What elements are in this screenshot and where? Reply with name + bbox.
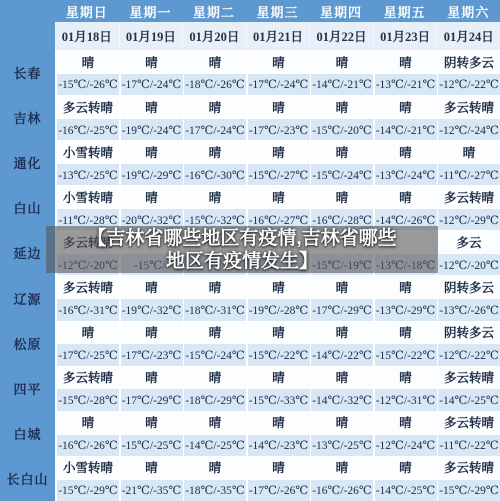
temperature-cell: -17℃/-24℃	[184, 119, 246, 140]
temperature-cell: -13℃/-29℃	[375, 299, 437, 320]
condition-cell: 多云转晴	[438, 412, 500, 433]
condition-cell: 晴	[248, 141, 310, 162]
condition-cell: 多云转晴	[438, 96, 500, 117]
condition-cell: 阴转多云	[438, 276, 500, 297]
temperature-cell: -17℃/-23℃	[248, 119, 310, 140]
date-header-row: 01月18日 01月19日 01月20日 01月21日 01月22日 01月23…	[0, 22, 500, 50]
city-forecast-cells: 多云转晴晴晴晴晴晴阴转多云-16℃/-31℃-19℃/-32℃-18℃/-31℃…	[55, 275, 500, 320]
temperature-cell: -14℃/-22℃	[311, 344, 373, 365]
temperature-cell: -12℃/-31℃	[375, 389, 437, 410]
condition-cell: 晴	[248, 51, 310, 72]
condition-cell: 晴	[248, 367, 310, 388]
temperature-cell: -15℃/-29℃	[57, 480, 119, 501]
city-row: 长白山小雪转晴晴晴晴晴晴多云转晴-15℃/-29℃-21℃/-35℃-18℃/-…	[0, 456, 500, 501]
condition-cell: 多云转晴	[57, 276, 119, 297]
condition-cell: 小雪转晴	[57, 457, 119, 478]
condition-cell: 晴	[121, 186, 183, 207]
condition-cell: 晴	[57, 412, 119, 433]
condition-cell: 晴	[311, 322, 373, 343]
condition-cell: 晴	[121, 141, 183, 162]
condition-cell: 晴	[375, 322, 437, 343]
date-label: 01月22日	[309, 22, 373, 50]
temperature-cell: -15℃/-22℃	[248, 344, 310, 365]
city-label: 吉林	[0, 95, 55, 140]
headline-line2: 地区有疫情发生】	[166, 250, 318, 273]
condition-cell: 阴转多云	[438, 51, 500, 72]
temperature-cell: -14℃/-32℃	[311, 389, 373, 410]
city-forecast-cells: 晴晴晴晴晴晴多云转晴-16℃/-26℃-15℃/-25℃-14℃/-25℃-14…	[55, 411, 500, 456]
temperature-cell: -16℃/-31℃	[57, 299, 119, 320]
condition-cell: 多云转晴	[438, 186, 500, 207]
condition-cell: 晴	[248, 457, 310, 478]
condition-cell: 晴	[121, 367, 183, 388]
temperature-cell: -14℃/-21℃	[375, 119, 437, 140]
city-label: 通化	[0, 140, 55, 185]
condition-cell: 晴	[375, 276, 437, 297]
temperature-cell: -16℃/-26℃	[57, 435, 119, 456]
weekday-label: 星期一	[119, 2, 183, 21]
temperature-cell: -17℃/-23℃	[121, 344, 183, 365]
temperature-cell: -12℃/-24℃	[375, 435, 437, 456]
temperature-cell: -17℃/-26℃	[248, 480, 310, 501]
temperature-cell: -12℃/-20℃	[438, 254, 500, 275]
temperature-cell: -15℃/-29℃	[438, 480, 500, 501]
forecast-table: 长春晴晴晴晴晴晴阴转多云-15℃/-26℃-17℃/-24℃-18℃/-26℃-…	[0, 50, 500, 501]
date-label: 01月19日	[119, 22, 183, 50]
temperature-cell: -15℃/-33℃	[248, 389, 310, 410]
city-forecast-cells: 小雪转晴晴晴晴晴晴多云转晴-15℃/-29℃-21℃/-35℃-18℃/-35℃…	[55, 456, 500, 501]
condition-cell: 晴	[311, 96, 373, 117]
temperature-cell: -15℃/-28℃	[57, 389, 119, 410]
temperature-cell: -15℃/-27℃	[248, 164, 310, 185]
city-forecast-cells: 多云转晴晴晴晴晴晴多云转晴-16℃/-25℃-19℃/-24℃-17℃/-24℃…	[55, 95, 500, 140]
weekday-header-row: 星期日 星期一 星期二 星期三 星期四 星期五 星期六	[0, 0, 500, 22]
condition-cell: 晴	[121, 51, 183, 72]
condition-cell: 晴	[184, 96, 246, 117]
temperature-cell: -21℃/-35℃	[121, 480, 183, 501]
city-label: 长白山	[0, 456, 55, 501]
temperature-cell: -18℃/-29℃	[184, 389, 246, 410]
temperature-cell: -13℃/-24℃	[375, 164, 437, 185]
condition-cell: 晴	[184, 457, 246, 478]
condition-cell: 晴	[184, 322, 246, 343]
weather-forecast-screen: 星期日 星期一 星期二 星期三 星期四 星期五 星期六 01月18日 01月19…	[0, 0, 500, 501]
condition-cell: 小雪转晴	[57, 141, 119, 162]
city-label: 四平	[0, 366, 55, 411]
condition-cell: 晴	[184, 276, 246, 297]
temperature-cell: -15℃/-25℃	[121, 435, 183, 456]
temperature-cell: -18℃/-35℃	[184, 480, 246, 501]
condition-cell: 晴	[121, 457, 183, 478]
temperature-cell: -12℃/-22℃	[438, 344, 500, 365]
temperature-cell: -19℃/-28℃	[248, 299, 310, 320]
city-forecast-cells: 小雪转晴晴晴晴晴晴晴-13℃/-25℃-19℃/-29℃-16℃/-30℃-15…	[55, 140, 500, 185]
city-label: 白山	[0, 185, 55, 230]
temperature-cell: -14℃/-25℃	[375, 480, 437, 501]
date-label: 01月24日	[436, 22, 500, 50]
condition-cell: 晴	[184, 186, 246, 207]
condition-cell: 晴	[311, 141, 373, 162]
temperature-cell: -19℃/-29℃	[121, 164, 183, 185]
temperature-cell: -19℃/-24℃	[121, 119, 183, 140]
temperature-cell: -17℃/-29℃	[311, 299, 373, 320]
date-label: 01月18日	[55, 22, 119, 50]
temperature-cell: -17℃/-25℃	[57, 344, 119, 365]
condition-cell: 晴	[375, 457, 437, 478]
condition-cell: 多云	[438, 231, 500, 252]
weekday-label: 星期四	[309, 2, 373, 21]
temperature-cell: -15℃/-20℃	[311, 119, 373, 140]
temperature-cell: -14℃/-23℃	[248, 435, 310, 456]
condition-cell: 多云转晴	[438, 457, 500, 478]
temperature-cell: -14℃/-25℃	[438, 389, 500, 410]
city-row: 松原晴晴晴晴晴晴阴转多云-17℃/-25℃-17℃/-23℃-15℃/-24℃-…	[0, 321, 500, 366]
city-label: 松原	[0, 321, 55, 366]
city-forecast-cells: 晴晴晴晴晴晴阴转多云-17℃/-25℃-17℃/-23℃-15℃/-24℃-15…	[55, 321, 500, 366]
city-row: 四平多云转晴晴晴晴晴晴多云转晴-15℃/-28℃-17℃/-29℃-18℃/-2…	[0, 366, 500, 411]
date-label: 01月23日	[373, 22, 437, 50]
temperature-cell: -15℃/-24℃	[311, 164, 373, 185]
condition-cell: 晴	[375, 367, 437, 388]
corner-spacer	[0, 22, 55, 50]
temperature-cell: -14℃/-25℃	[184, 435, 246, 456]
condition-cell: 晴	[375, 51, 437, 72]
temperature-cell: -16℃/-25℃	[57, 119, 119, 140]
condition-cell: 晴	[311, 457, 373, 478]
temperature-cell: -12℃/-22℃	[438, 74, 500, 95]
temperature-cell: -16℃/-26℃	[311, 480, 373, 501]
city-forecast-cells: 多云转晴晴晴晴晴晴多云转晴-15℃/-28℃-17℃/-29℃-18℃/-29℃…	[55, 366, 500, 411]
condition-cell: 多云转晴	[57, 367, 119, 388]
condition-cell: 小雪转晴	[57, 186, 119, 207]
temperature-cell: -13℃/-25℃	[311, 435, 373, 456]
temperature-cell: -11℃/-27℃	[438, 164, 500, 185]
condition-cell: 晴	[121, 322, 183, 343]
condition-cell: 晴	[184, 141, 246, 162]
condition-cell: 晴	[248, 96, 310, 117]
condition-cell: 晴	[248, 186, 310, 207]
temperature-cell: -19℃/-32℃	[121, 299, 183, 320]
condition-cell: 晴	[248, 412, 310, 433]
temperature-cell: -11℃/-22℃	[438, 435, 500, 456]
condition-cell: 晴	[311, 186, 373, 207]
condition-cell: 晴	[248, 322, 310, 343]
temperature-cell: -17℃/-29℃	[121, 389, 183, 410]
headline-line1: 【吉林省哪些地区有疫情,吉林省哪些	[87, 227, 396, 250]
date-label: 01月21日	[246, 22, 310, 50]
condition-cell: 晴	[375, 186, 437, 207]
temperature-cell: -13℃/-26℃	[438, 299, 500, 320]
condition-cell: 阴转多云	[438, 322, 500, 343]
condition-cell: 多云转晴	[57, 96, 119, 117]
weekday-label: 星期日	[55, 2, 119, 21]
temperature-cell: -18℃/-26℃	[184, 74, 246, 95]
city-label: 长春	[0, 50, 55, 95]
headline-overlay: 【吉林省哪些地区有疫情,吉林省哪些 地区有疫情发生】	[46, 226, 438, 273]
condition-cell: 晴	[184, 412, 246, 433]
temperature-cell: -15℃/-22℃	[375, 344, 437, 365]
condition-cell: 晴	[121, 96, 183, 117]
temperature-cell: -12℃/-24℃	[438, 119, 500, 140]
temperature-cell: -13℃/-21℃	[375, 74, 437, 95]
condition-cell: 晴	[311, 412, 373, 433]
condition-cell: 晴	[57, 51, 119, 72]
weekday-label: 星期五	[373, 2, 437, 21]
condition-cell: 晴	[184, 367, 246, 388]
condition-cell: 晴	[311, 367, 373, 388]
temperature-cell: -17℃/-24℃	[248, 74, 310, 95]
city-row: 辽源多云转晴晴晴晴晴晴阴转多云-16℃/-31℃-19℃/-32℃-18℃/-3…	[0, 275, 500, 320]
weekday-label: 星期六	[436, 2, 500, 21]
condition-cell: 晴	[57, 322, 119, 343]
city-forecast-cells: 小雪转晴晴晴晴晴晴多云转晴-11℃/-28℃-20℃/-32℃-15℃/-32℃…	[55, 185, 500, 230]
condition-cell: 晴	[375, 412, 437, 433]
temperature-cell: -15℃/-26℃	[57, 74, 119, 95]
condition-cell: 多云转晴	[438, 367, 500, 388]
condition-cell: 晴	[121, 412, 183, 433]
date-label: 01月20日	[182, 22, 246, 50]
condition-cell: 晴	[375, 96, 437, 117]
condition-cell: 晴	[248, 276, 310, 297]
city-label: 辽源	[0, 275, 55, 320]
weekday-label: 星期二	[182, 2, 246, 21]
condition-cell: 晴	[121, 276, 183, 297]
city-row: 长春晴晴晴晴晴晴阴转多云-15℃/-26℃-17℃/-24℃-18℃/-26℃-…	[0, 50, 500, 95]
weekday-label: 星期三	[246, 2, 310, 21]
city-row: 通化小雪转晴晴晴晴晴晴晴-13℃/-25℃-19℃/-29℃-16℃/-30℃-…	[0, 140, 500, 185]
temperature-cell: -15℃/-24℃	[184, 344, 246, 365]
city-forecast-cells: 晴晴晴晴晴晴阴转多云-15℃/-26℃-17℃/-24℃-18℃/-26℃-17…	[55, 50, 500, 95]
city-label: 白城	[0, 411, 55, 456]
condition-cell: 晴	[311, 51, 373, 72]
condition-cell: 晴	[184, 51, 246, 72]
temperature-cell: -16℃/-30℃	[184, 164, 246, 185]
temperature-cell: -12℃/-29℃	[438, 209, 500, 230]
temperature-cell: -14℃/-21℃	[311, 74, 373, 95]
city-row: 吉林多云转晴晴晴晴晴晴多云转晴-16℃/-25℃-19℃/-24℃-17℃/-2…	[0, 95, 500, 140]
temperature-cell: -17℃/-24℃	[121, 74, 183, 95]
city-row: 白山小雪转晴晴晴晴晴晴多云转晴-11℃/-28℃-20℃/-32℃-15℃/-3…	[0, 185, 500, 230]
temperature-cell: -13℃/-25℃	[57, 164, 119, 185]
condition-cell: 晴	[311, 276, 373, 297]
condition-cell: 晴	[375, 141, 437, 162]
condition-cell: 晴	[438, 141, 500, 162]
temperature-cell: -18℃/-31℃	[184, 299, 246, 320]
city-row: 白城晴晴晴晴晴晴多云转晴-16℃/-26℃-15℃/-25℃-14℃/-25℃-…	[0, 411, 500, 456]
